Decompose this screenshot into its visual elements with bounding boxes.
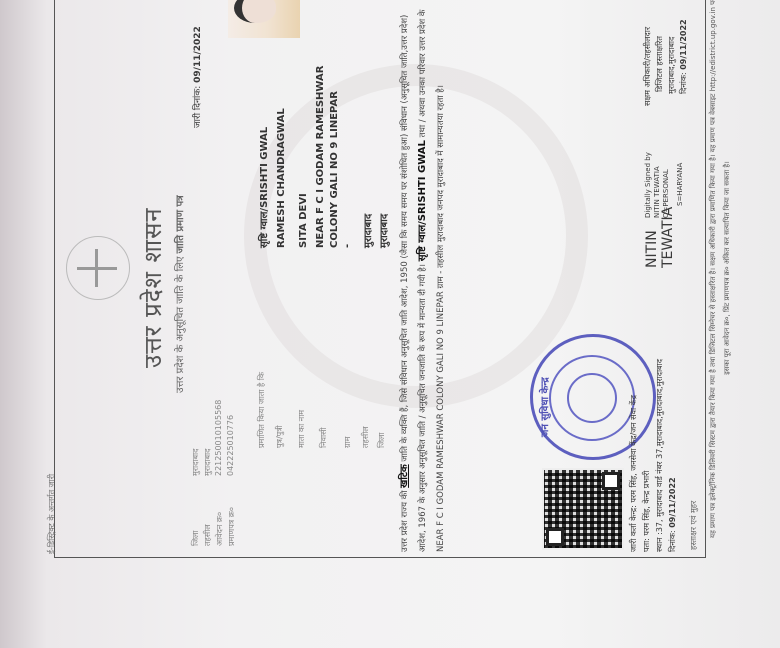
issue-date: जारी दिनांक: 09/11/2022 [190,26,203,128]
authority-date-label: दिनांक: [679,72,688,94]
field-label-mother: माता का नाम [296,410,307,448]
field-father-name: RAMESH CHANDRAGWAL [276,108,287,248]
authority-date-value: 09/11/2022 [679,19,688,69]
authority-digital: डिजिटल हस्ताक्षरित [654,36,665,92]
signer-state: S=HARYANA [676,163,684,206]
field-label-son-daughter: पुत्र/पुत्री [274,425,285,448]
field-label-district: जिला [376,432,387,448]
up-emblem-icon [66,236,130,300]
para-part1: उत्तर प्रदेश राज्य की [400,488,410,552]
digital-sign-text: Digitally Signed by NITIN TEWATIA O=PERS… [644,148,671,218]
issuer-date-value: 09/11/2022 [668,477,677,527]
certificate-paragraph: उत्तर प्रदेश राज्य की खटिक जाति के व्यक्… [396,0,450,552]
meta-value-certificate-no: 042225010776 [226,415,235,476]
field-label-resident: निवासी [318,427,329,448]
issuer-location: स्थान :37, मुरादाबाद वार्ड नंबर 37,मुराद… [654,359,665,552]
caste-certificate: ई-डिस्ट्रिक्ट के अन्तर्गत जारी उत्तर प्र… [44,0,759,568]
meta-label-district: जिला [190,530,201,546]
issue-date-value: 09/11/2022 [193,26,203,83]
meta-label-certificate-no: प्रमाणपत्र क्र० [226,507,237,546]
meta-value-application-no: 221250010105568 [214,400,223,476]
header-subtitle: उत्तर प्रदेश के अनुसूचित जाति के लिए जात… [172,195,186,393]
signature-seal-label: हस्ताक्षर एवं मुहर [688,501,699,550]
issue-date-label: जारी दिनांक: [193,86,203,128]
qr-code[interactable] [542,468,624,550]
meta-label-application-no: आवेदन क्र० [214,512,225,546]
footer-note: यह प्रमाण पत्र इलेक्ट्रॉनिक डिलिवरी सिस्… [706,0,734,538]
issuer-date-label: दिनांक: [668,530,677,552]
field-label-village: ग्राम [342,437,353,448]
meta-value-tehsil: मुरादाबाद [202,449,213,476]
para-caste: खटिक [399,464,410,488]
seal-text: जन सुविधा केन्द्र [537,377,551,437]
subtitle-prefix: उत्तर प्रदेश के अनुसूचित जाति के लिए [175,253,186,393]
top-note: ई-डिस्ट्रिक्ट के अन्तर्गत जारी [46,474,57,554]
field-mother-name: SITA DEVI [298,193,309,248]
certificate-wrapper: ई-डिस्ट्रिक्ट के अन्तर्गत जारी उत्तर प्र… [44,0,759,568]
para-name: सृष्टि ग्वाल/SRISHTI GWAL [417,140,428,261]
header-title: उत्तर प्रदेश शासन [136,207,169,368]
fields-intro: प्रमाणित किया जाता है कि [256,372,267,448]
applicant-photo [228,0,300,38]
field-village: - [342,244,353,248]
subtitle-bold: जाति प्रमाण पत्र [175,195,186,253]
issuer-date: दिनांक: 09/11/2022 [667,477,678,552]
issuer-address: पता: परम सिंह, केन्द्र प्रभारी [641,471,652,552]
field-applicant-name: सृष्टि ग्वाल/SRISHTI GWAL [256,127,270,248]
field-tehsil: मुरादाबाद [360,214,374,248]
field-address: NEAR F C I GODAM RAMESHWAR COLONY GALI N… [314,58,342,248]
meta-value-district: मुरादाबाद [190,449,201,476]
issuer-center: जारी कर्ता केन्द्र: परम सिंह, जनसेवा कें… [628,395,639,552]
authority-date: दिनांक: 09/11/2022 [678,19,689,94]
signer-name-line1: NITIN [644,230,660,268]
field-district: मुरादाबाद [376,214,390,248]
meta-label-tehsil: तहसील [202,524,213,546]
authority-title: सक्षम अधिकारी/तहसीलदार [642,27,653,106]
field-label-tehsil: तहसील [360,426,371,448]
authority-place: मुरादाबाद,मुरादाबाद [666,37,677,94]
